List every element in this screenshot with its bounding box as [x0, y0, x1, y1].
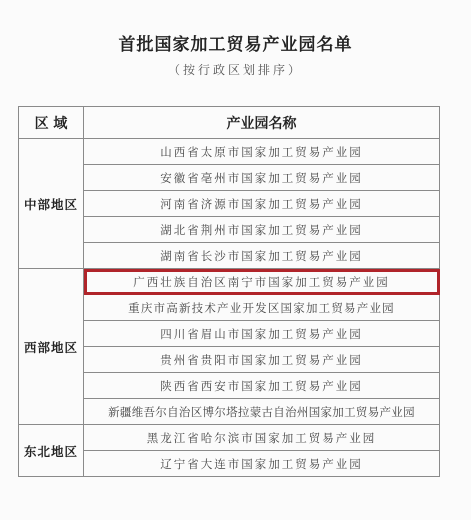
table-row-highlighted: 西部地区 广西壮族自治区南宁市国家加工贸易产业园 — [19, 269, 440, 295]
park-cell: 安徽省亳州市国家加工贸易产业园 — [84, 165, 440, 191]
park-cell: 四川省眉山市国家加工贸易产业园 — [84, 321, 440, 347]
park-cell: 湖北省荆州市国家加工贸易产业园 — [84, 217, 440, 243]
park-cell: 贵州省贵阳市国家加工贸易产业园 — [84, 347, 440, 373]
table-row: 东北地区 黑龙江省哈尔滨市国家加工贸易产业园 — [19, 425, 440, 451]
table-header-row: 区 域 产业园名称 — [19, 107, 440, 139]
park-cell: 陕西省西安市国家加工贸易产业园 — [84, 373, 440, 399]
header-region: 区 域 — [19, 107, 84, 139]
region-central: 中部地区 — [19, 139, 84, 269]
table-row: 中部地区 山西省太原市国家加工贸易产业园 — [19, 139, 440, 165]
region-western: 西部地区 — [19, 269, 84, 425]
park-cell: 山西省太原市国家加工贸易产业园 — [84, 139, 440, 165]
park-cell: 黑龙江省哈尔滨市国家加工贸易产业园 — [84, 425, 440, 451]
region-northeast: 东北地区 — [19, 425, 84, 477]
park-cell: 湖南省长沙市国家加工贸易产业园 — [84, 243, 440, 269]
document-subtitle: （按行政区划排序） — [0, 61, 471, 78]
park-cell: 河南省济源市国家加工贸易产业园 — [84, 191, 440, 217]
document-title: 首批国家加工贸易产业园名单 — [0, 30, 471, 55]
park-list-table: 区 域 产业园名称 中部地区 山西省太原市国家加工贸易产业园 安徽省亳州市国家加… — [18, 106, 440, 477]
header-park-name: 产业园名称 — [84, 107, 440, 139]
park-cell-highlighted: 广西壮族自治区南宁市国家加工贸易产业园 — [84, 269, 440, 295]
park-cell: 辽宁省大连市国家加工贸易产业园 — [84, 451, 440, 477]
park-cell: 重庆市高新技术产业开发区国家加工贸易产业园 — [84, 295, 440, 321]
park-cell: 新疆维吾尔自治区博尔塔拉蒙古自治州国家加工贸易产业园 — [84, 399, 440, 425]
